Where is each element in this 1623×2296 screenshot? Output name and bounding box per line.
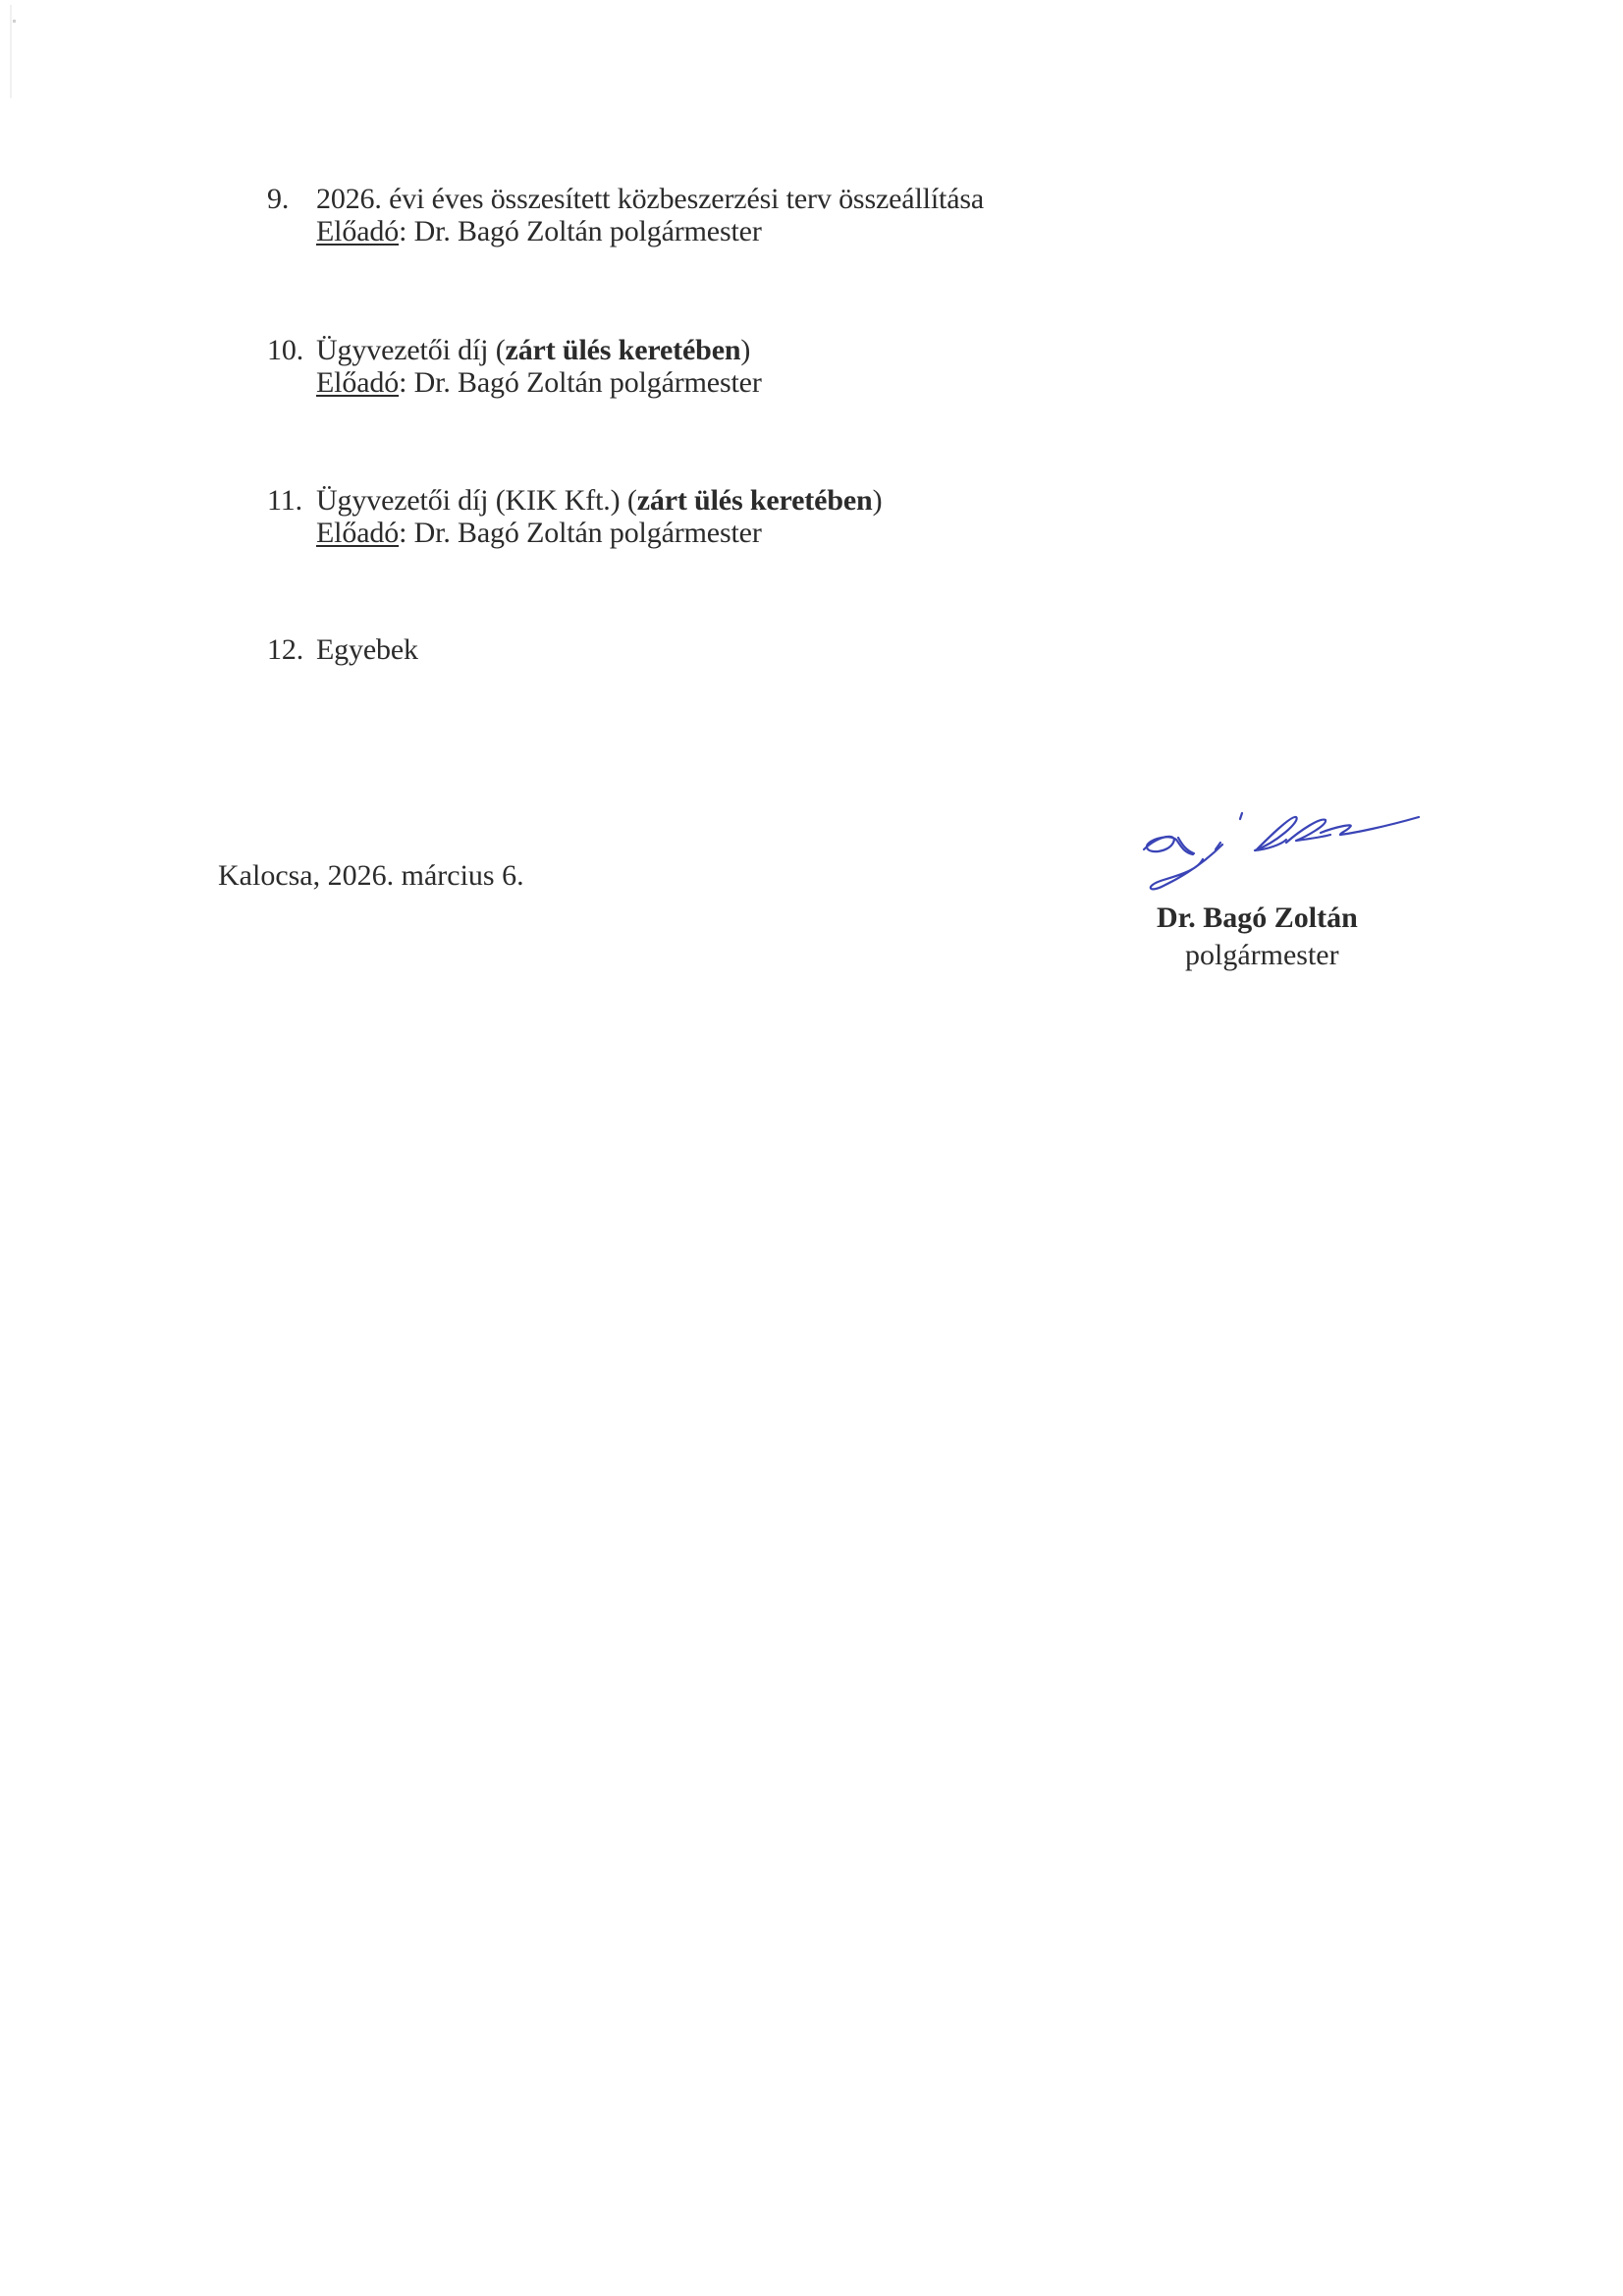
document-page: 9.2026. évi éves összesített közbeszerzé… xyxy=(0,0,1623,2296)
agenda-item-title-line: 12.Egyebek xyxy=(267,633,418,666)
closed-session-note: zárt ülés keretében xyxy=(506,334,741,366)
presenter-label: Előadó xyxy=(316,215,399,247)
handwritten-signature-icon xyxy=(1139,805,1424,899)
agenda-item-number: 11. xyxy=(267,484,316,517)
presenter-line: Előadó: Dr. Bagó Zoltán polgármester xyxy=(267,215,984,247)
agenda-item-title-line: 11.Ügyvezetői díj (KIK Kft.) (zárt ülés … xyxy=(267,484,882,517)
signer-title: polgármester xyxy=(1185,939,1339,971)
closed-session-note: zárt ülés keretében xyxy=(637,484,873,517)
presenter-line: Előadó: Dr. Bagó Zoltán polgármester xyxy=(267,366,762,399)
agenda-item-12: 12.Egyebek xyxy=(267,633,418,666)
agenda-item-number: 12. xyxy=(267,633,316,666)
agenda-item-11: 11.Ügyvezetői díj (KIK Kft.) (zárt ülés … xyxy=(267,484,882,549)
agenda-item-title-line: 9.2026. évi éves összesített közbeszerzé… xyxy=(267,183,984,215)
agenda-item-title: Ügyvezetői díj ( xyxy=(316,334,506,366)
agenda-item-number: 10. xyxy=(267,334,316,366)
scan-artifact xyxy=(10,5,12,98)
agenda-item-title-end: ) xyxy=(873,484,883,517)
presenter-label: Előadó xyxy=(316,366,399,399)
presenter-name: : Dr. Bagó Zoltán polgármester xyxy=(399,366,762,399)
presenter-line: Előadó: Dr. Bagó Zoltán polgármester xyxy=(267,517,882,549)
place-and-date: Kalocsa, 2026. március 6. xyxy=(218,859,524,892)
agenda-item-title: Egyebek xyxy=(316,633,418,666)
presenter-name: : Dr. Bagó Zoltán polgármester xyxy=(399,517,762,549)
signer-name: Dr. Bagó Zoltán xyxy=(1157,902,1358,934)
agenda-item-title-end: ) xyxy=(740,334,750,366)
agenda-item-9: 9.2026. évi éves összesített közbeszerzé… xyxy=(267,183,984,247)
presenter-label: Előadó xyxy=(316,517,399,549)
agenda-item-title: Ügyvezetői díj (KIK Kft.) ( xyxy=(316,484,637,517)
agenda-item-title-line: 10.Ügyvezetői díj (zárt ülés keretében) xyxy=(267,334,762,366)
agenda-item-title: 2026. évi éves összesített közbeszerzési… xyxy=(316,183,984,215)
agenda-item-10: 10.Ügyvezetői díj (zárt ülés keretében) … xyxy=(267,334,762,399)
presenter-name: : Dr. Bagó Zoltán polgármester xyxy=(399,215,762,247)
scan-artifact xyxy=(13,20,16,23)
agenda-item-number: 9. xyxy=(267,183,316,215)
